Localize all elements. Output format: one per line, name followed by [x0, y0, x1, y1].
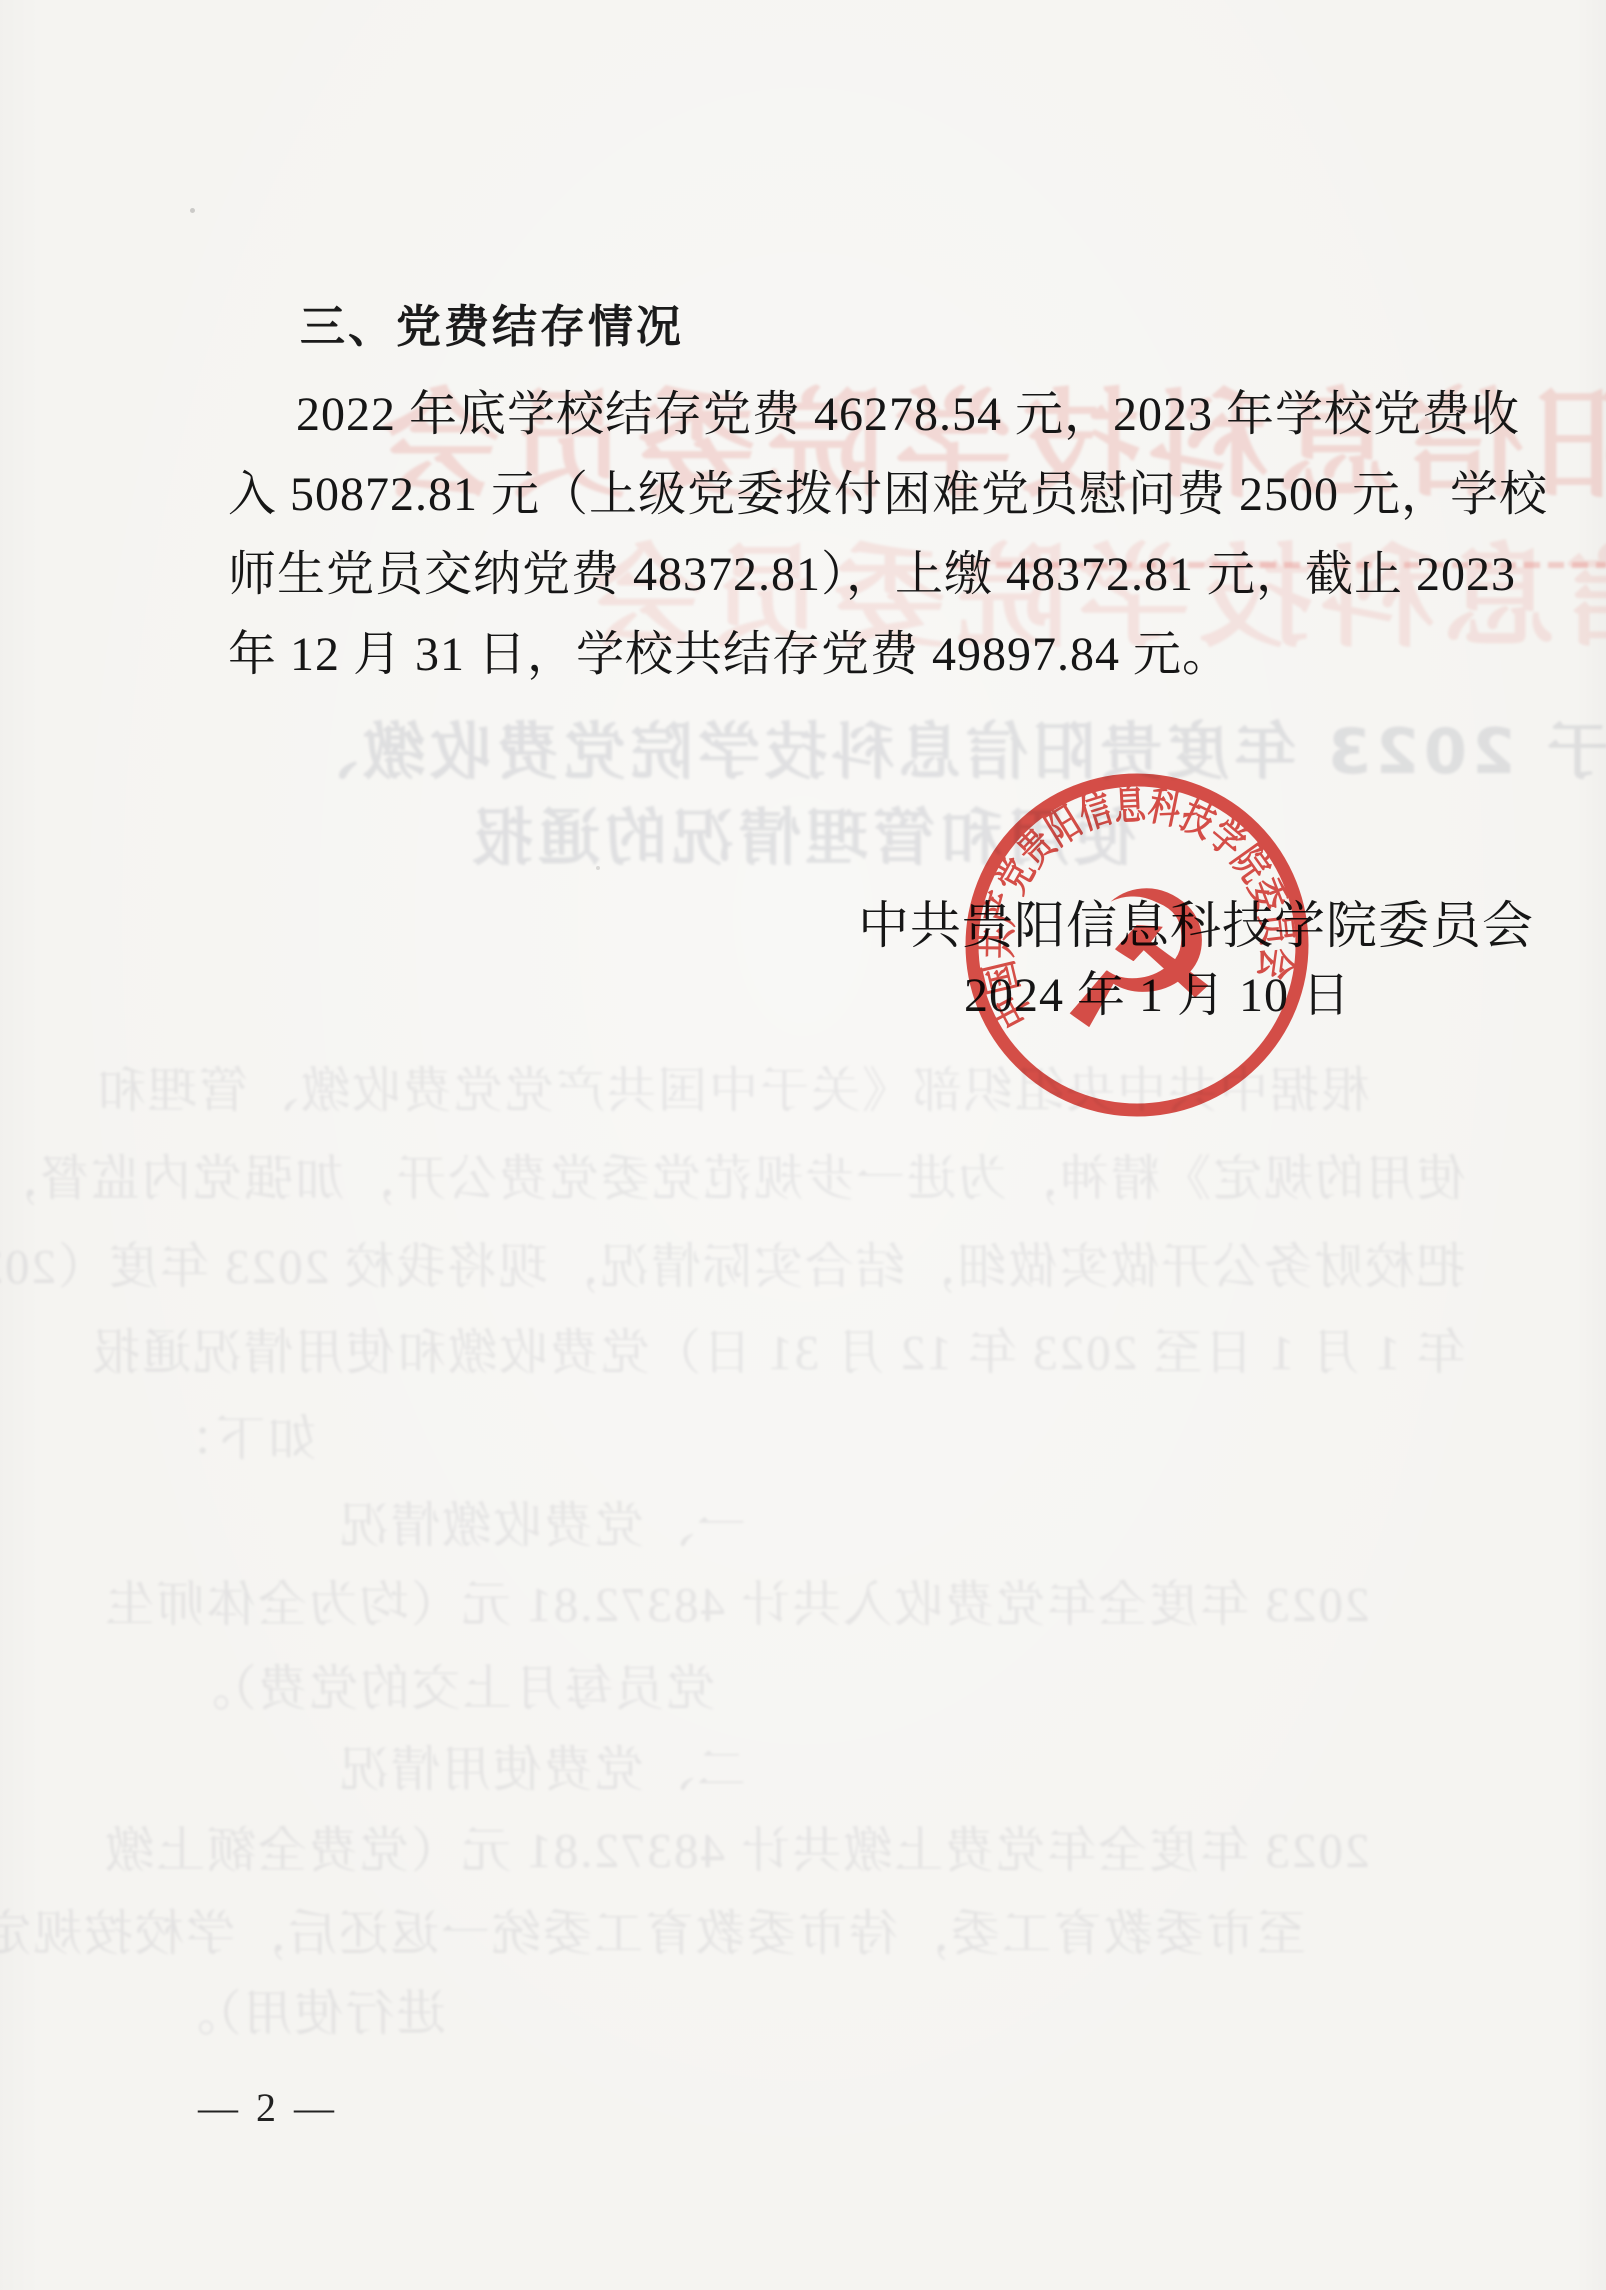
- bleed-text-line: 二、党费使用情况: [338, 1731, 746, 1801]
- paper-speck: [596, 866, 600, 870]
- paper-speck: [190, 208, 195, 213]
- paragraph-line: 2022 年底学校结存党费 46278.54 元，2023 年学校党费收: [296, 385, 1520, 445]
- scanned-document-page: 中共贵阳信息科技学院委员会 中共贵阳信息科技学院委员会 关于 2023 年度贵阳…: [0, 0, 1606, 2290]
- section-heading: 三、党费结存情况: [300, 290, 684, 355]
- bleed-text-line: 党员每月上交的党费）。: [179, 1650, 716, 1720]
- paragraph-line: 年 12 月 31 日，学校共结存党费 49897.84 元。: [228, 625, 1231, 685]
- paragraph-line: 入 50872.81 元（上级党委拨付困难党员慰问费 2500 元，学校: [228, 465, 1548, 525]
- bleed-text-line: 一、党费收缴情况: [338, 1487, 746, 1557]
- bleed-text-line: 2023 年度全年党费上缴共计 48372.81 元（党费全额上缴: [103, 1812, 1370, 1882]
- bleed-text-line: 至市委教育工委，待市委教育工委统一返还后，学校按规定: [0, 1895, 1306, 1965]
- paragraph-line: 师生党员交纳党费 48372.81），上缴 48372.81 元，截止 2023: [228, 545, 1516, 605]
- bleed-text-line: 2023 年度全年党费收入共计 48372.81 元（均为全体师生: [103, 1566, 1370, 1636]
- bleed-text-line: 把校财务公开做实做细，结合实际情况，现将我校 2023 年度（2023: [0, 1228, 1466, 1298]
- hammer-and-sickle-emblem: ☭: [1054, 851, 1224, 1072]
- bleed-text-line: 进行使用）。: [164, 1975, 446, 2045]
- page-number: — 2 —: [198, 2084, 338, 2131]
- bleed-text-line: 年 1 月 1 日至 2023 年 12 月 31 日）党费收缴和使用情况通报: [89, 1314, 1466, 1384]
- bleed-text-line: 使用的规定》精神，为进一步规范党委党费公开，加强党内监督，: [0, 1140, 1466, 1210]
- bleed-through-layer: 中共贵阳信息科技学院委员会 中共贵阳信息科技学院委员会 关于 2023 年度贵阳…: [0, 0, 1606, 2290]
- official-seal: 中国共产党贵阳信息科技学院委员会 ☭: [947, 755, 1327, 1135]
- bleed-text-line: 如下：: [163, 1400, 316, 1470]
